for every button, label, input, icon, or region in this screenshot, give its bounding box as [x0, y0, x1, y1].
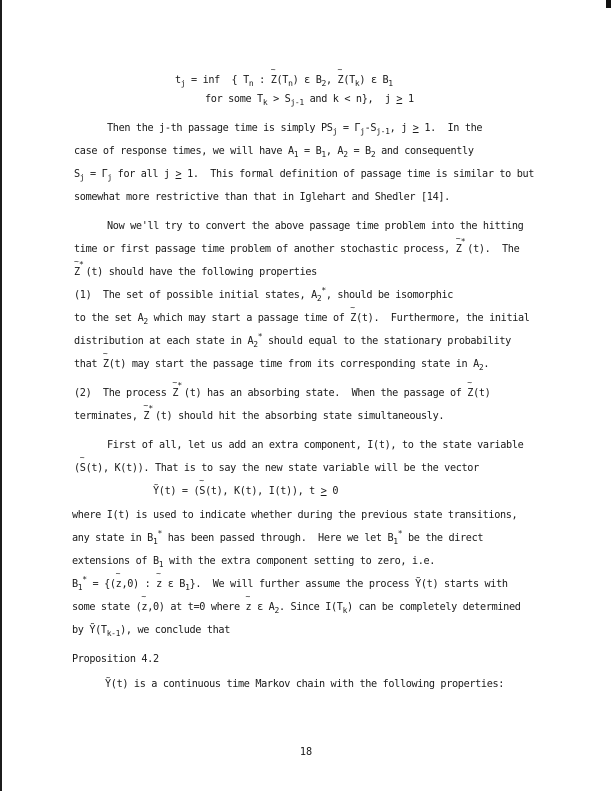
equation-line: for some Tk > Sj-1 and k < n}, j > 1 [205, 94, 414, 106]
text-line: Then the j-th passage time is simply PSj… [107, 123, 482, 135]
scan-left-edge [0, 0, 2, 791]
text-line: (S(t), K(t)). That is to say the new sta… [74, 463, 479, 475]
text-line: (1) The set of possible initial states, … [74, 290, 453, 302]
text-line: Z (t) should have the following properti… [74, 267, 317, 279]
text-line: by Ỹ(Tk-1), we conclude that [72, 625, 230, 637]
text-line: Sj = Γj for all j > 1. This formal defin… [74, 169, 534, 181]
text-line: some state (z,0) at t=0 where z ε A2. Si… [72, 602, 521, 614]
text-line: terminates, Z (t) should hit the absorbi… [74, 411, 444, 423]
text-line: time or first passage time problem of an… [74, 244, 519, 256]
text-line: where I(t) is used to indicate whether d… [72, 510, 517, 522]
text-line: to the set A2 which may start a passage … [74, 313, 530, 325]
text-line: any state in B1* has been passed through… [72, 533, 483, 545]
text-line: First of all, let us add an extra compon… [107, 440, 523, 452]
scan-corner-mark [606, 0, 611, 8]
text-line: Ỹ(t) is a continuous time Markov chain w… [105, 679, 504, 691]
text-line: distribution at each state in A2* should… [74, 336, 511, 348]
proposition-heading: Proposition 4.2 [72, 654, 159, 666]
text-line: B1* = {(z,0) : z ε B1}. We will further … [72, 579, 508, 591]
text-line: (2) The process Z (t) has an absorbing s… [74, 388, 490, 400]
page-number: 18 [0, 747, 612, 758]
text-line: that Z(t) may start the passage time fro… [74, 359, 489, 371]
text-line: case of response times, we will have A1 … [74, 146, 474, 158]
text-line: somewhat more restrictive than that in I… [74, 192, 450, 204]
equation-line: Ỹ(t) = (S(t), K(t), I(t)), t > 0 [153, 486, 338, 498]
text-line: extensions of B1 with the extra componen… [72, 556, 435, 568]
equation-line: tj = inf { Tn : Z(Tn) ε B2, Z(Tk) ε B1 [175, 75, 393, 87]
text-line: Now we'll try to convert the above passa… [107, 221, 523, 233]
